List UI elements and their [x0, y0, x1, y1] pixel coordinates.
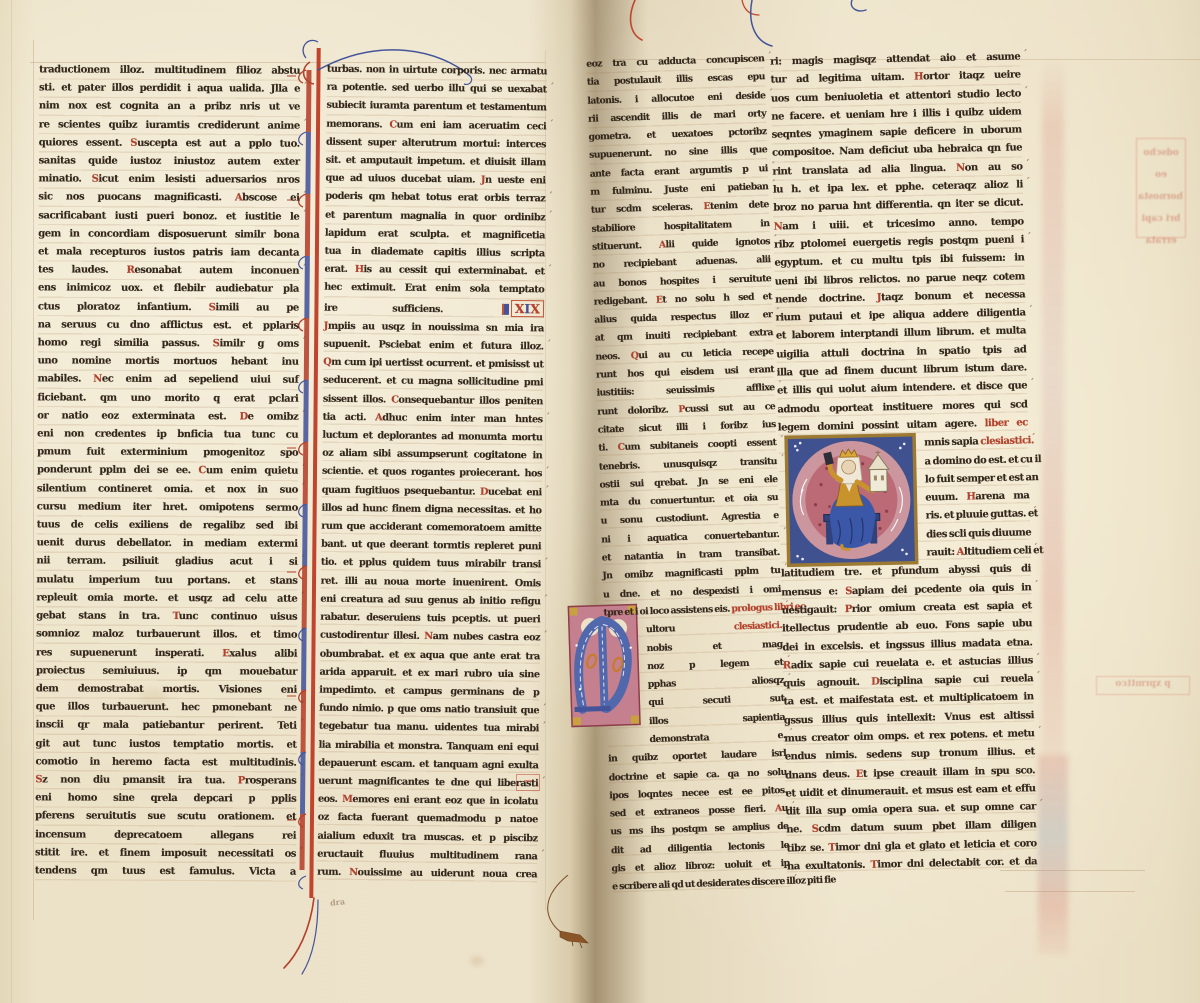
- text-line: res supuenerunt insperati. Exalus alibi: [36, 644, 297, 664]
- text-run: m cum ipi uertisst ocurrent. et pmisisst…: [331, 357, 543, 371]
- text-line: sanitas quide iustoz iniustoz autem exte…: [39, 152, 300, 172]
- text-run: isciplina sapie cui reuela: [879, 673, 1033, 687]
- text-run: lii quide ignotos: [665, 236, 770, 250]
- text-run: e omibz: [248, 411, 299, 422]
- text-run: bscose ei: [242, 193, 299, 204]
- text-run: erat.: [324, 264, 355, 275]
- text-line: ctus ploratoz infantium. Simili au pe: [38, 298, 299, 318]
- text-line: tuus de celis exiliens de regalibz sed i…: [37, 516, 298, 536]
- text-line: cursu medium iter hret. omipotens sermo: [37, 498, 298, 518]
- text-run: N: [424, 631, 432, 642]
- text-run: mpiis au usqz in nouissima sn mia ira: [328, 321, 544, 335]
- text-run: M: [342, 794, 352, 805]
- pen-trial-smudge: dra: [330, 896, 346, 908]
- text-column-4: ri: magis magisqz attendat aio et asumet…: [770, 48, 1037, 876]
- text-run: euum.: [925, 492, 966, 504]
- text-run: z non diu pmansit ira tua.: [42, 774, 238, 786]
- text-run: clesiastici.: [980, 435, 1034, 447]
- text-line: or natio eoz exterminata est. De omibz: [37, 407, 298, 427]
- text-run: res supuenerunt insperati.: [36, 647, 222, 659]
- text-run: esonabat autem inconuen: [134, 265, 299, 277]
- text-line: dem demostrabat mortis. Visiones eni: [36, 680, 297, 700]
- text-line: homo regi similia passus. Similr g oms: [38, 334, 299, 354]
- text-line: sti. et pater illos perdidit i aqua uali…: [39, 80, 300, 100]
- text-line: gebat stans in tra. Tunc continuo uisus: [36, 607, 297, 627]
- text-line: nim nox est cognita an a pribz nris ut v…: [39, 98, 300, 118]
- text-run: imili au pe: [215, 302, 299, 313]
- text-line: stitit ire. et finem imposuit necessitat…: [35, 844, 296, 864]
- text-run: eos.: [318, 794, 342, 805]
- text-run: rum.: [317, 867, 349, 878]
- text-run: xalus alibi: [229, 648, 297, 659]
- text-run: um enim quietu: [206, 466, 298, 477]
- text-run: imor dni delectabit cor. et da: [877, 856, 1037, 870]
- text-run: na exultatonis.: [787, 860, 871, 873]
- text-line: repleuit omia morte. et usqz ad celu att…: [36, 589, 297, 609]
- text-run: rint translata ad alia lingua.: [772, 163, 956, 178]
- text-column-1: traductionem illoz. multitudinem filioz …: [35, 61, 300, 881]
- text-run: um eni iam aceruatim ceci: [397, 119, 547, 132]
- text-run: ltitudiem celi et: [964, 545, 1044, 558]
- text-run: dnans deus.: [785, 769, 856, 781]
- show-through-penwork-strip: [1042, 55, 1064, 755]
- text-run: sed et extraneos posse fieri.: [610, 803, 775, 819]
- text-run: homo regi similia passus.: [38, 337, 213, 349]
- text-run: emores eni erant eoz que in icolatu: [352, 794, 538, 807]
- text-line: bri capi: [1139, 208, 1183, 230]
- text-line: traductionem illoz. multitudinem filioz …: [39, 61, 300, 81]
- text-run: C: [198, 466, 206, 477]
- text-run: que ad uiuos ducebat uiam.: [326, 173, 481, 186]
- text-run: nende doctrine.: [775, 292, 877, 305]
- text-run: mnis sapia: [924, 437, 980, 449]
- text-line: pmum fuit exterminium pmogenitoz spo: [37, 444, 298, 464]
- text-run: A: [235, 193, 242, 204]
- show-through-annotation: p xprmttco: [1096, 676, 1190, 695]
- text-run: gebat stans in tra.: [36, 610, 172, 622]
- text-line: inscii qr mala patiebantur perirent. Tet…: [36, 717, 297, 737]
- text-line: ponderunt pplm dei se ee. Cum enim quiet…: [37, 462, 298, 482]
- text-run: cdm datum suum pbet illam diligen: [818, 820, 1036, 836]
- text-line: ens inimicoz uox. et flebilr audiebatur …: [38, 280, 299, 300]
- text-run: quiores essent.: [39, 137, 131, 148]
- text-line: proiectus semiuiuus. ip qm mouebatur: [36, 662, 297, 682]
- text-run: ne.: [786, 824, 812, 836]
- bottom-gutter-pointer-doodle: [518, 875, 608, 955]
- text-line: sacrificabant iusti pueri bonoz. et iust…: [38, 207, 299, 227]
- text-line: nii terram. psiliuit gladius acut i si: [36, 553, 297, 573]
- text-run: N: [774, 221, 783, 232]
- text-run: taqz bonum et necessa: [881, 289, 1025, 303]
- text-line: re scientes quibz iuramtis crediderunt a…: [39, 116, 300, 136]
- text-run: redigebant.: [594, 295, 657, 308]
- text-run: or natio eoz exterminata est.: [37, 410, 239, 422]
- text-run: ouissime au uiderunt noua crea: [358, 867, 538, 880]
- text-run: X: [530, 300, 544, 317]
- text-run: ctus ploratoz infantium.: [38, 301, 209, 313]
- text-run: stituerunt.: [592, 240, 659, 253]
- manuscript-photo: traductionem illoz. multitudinem filioz …: [0, 0, 1200, 1003]
- text-run: rauit:: [926, 547, 956, 559]
- text-line: eni homo sine qrela depcari p pplis: [35, 789, 296, 809]
- text-line: rum. Nouissime au uiderunt noua crea: [317, 864, 537, 885]
- text-run: unc continuo uisus: [179, 611, 298, 623]
- text-run: quis agnouit.: [783, 677, 871, 690]
- text-run: is au cessit qui exterminabat. et: [363, 264, 544, 277]
- text-line: et mala recepturos iustos patris iam dec…: [38, 243, 299, 263]
- text-run: H: [966, 492, 975, 503]
- text-run: sissent illos.: [323, 393, 391, 405]
- text-run: uestigauit:: [782, 604, 845, 616]
- text-run: memorans.: [326, 118, 389, 130]
- text-line: odscho eo: [1139, 142, 1183, 186]
- text-run: sic nos puocans magnificasti.: [38, 192, 234, 204]
- text-line: eni non credentes ip bnficia tua tunc cu: [37, 425, 298, 445]
- text-line: ire sufficiens. XIX: [324, 297, 544, 320]
- text-line: silentium contineret omia. et nox in suo: [37, 480, 298, 500]
- text-run: ultoru: [646, 622, 734, 636]
- text-run: am i uiii. et tricesimo anno. tempo: [782, 216, 1024, 232]
- text-run: imilr g oms: [219, 338, 298, 349]
- text-run: R: [783, 660, 791, 671]
- text-line: ficiebant. qm uno morito q erat pclari: [37, 389, 298, 409]
- text-run: tenim dete: [710, 200, 769, 213]
- text-line: uenit durus debellator. in mediam exterm…: [37, 535, 298, 555]
- text-run: ponderunt pplm dei se ee.: [37, 465, 198, 477]
- text-run: ortor itaqz ueire: [923, 70, 1021, 83]
- text-run: t no solu h sed et: [662, 291, 772, 305]
- text-run: [502, 303, 509, 314]
- text-run: am nubes castra eoz: [433, 631, 540, 643]
- text-run: minatio.: [39, 174, 92, 185]
- text-run: n ueste eni: [485, 175, 546, 187]
- text-line: mabiles. Nec enim ad sepeliend uiui suf: [37, 371, 298, 391]
- text-line: minatio. Sicut enim lesisti aduersarios …: [38, 171, 299, 191]
- text-run: icut enim lesisti aduersarios nros: [98, 174, 299, 186]
- ruling-vertical-col1: [33, 40, 34, 920]
- text-run: adix sapie cui reuelata e. et astucias i…: [791, 655, 1033, 671]
- text-line: git aut tunc iustos temptatio mortis. et: [36, 735, 297, 755]
- text-run: ti.: [598, 442, 618, 454]
- text-line: que illos turbauerunt. hec pmonebant ne: [36, 698, 297, 718]
- text-run: H: [914, 72, 923, 83]
- text-line: tendens qm tuus est famulus. Victa a: [35, 862, 296, 882]
- text-column-2: turbas. non in uirtute corporis. nec arm…: [317, 61, 547, 885]
- text-line: na exultatonis. Timor dni delectabit cor…: [787, 853, 1037, 877]
- text-run: apiam dei pcedente oia quis in: [852, 582, 1032, 597]
- text-run: tpre et i oi loco assistens eis.: [603, 603, 731, 618]
- text-run: tur ad legitima uitam.: [770, 72, 914, 86]
- text-run: cussi sut au ce: [685, 401, 776, 415]
- text-line: somnioz maloz turbauerunt illos. et timo: [36, 626, 297, 646]
- text-run: mabiles.: [37, 374, 93, 385]
- text-run: tibz se.: [787, 842, 829, 854]
- text-run: tia acti.: [323, 412, 376, 424]
- text-run: legem domini possint uitam agere.: [778, 418, 985, 433]
- ruling-margin-right-2: [1005, 891, 1135, 892]
- text-run: t ipse creauit illam in spu sco.: [863, 765, 1035, 780]
- text-run: quam fugitiuos psequebantur.: [322, 484, 480, 497]
- text-run: um subitaneis coopti essent: [624, 437, 776, 453]
- text-run: uscepta est aut a pplo tuo.: [137, 138, 300, 150]
- text-run: ire sufficiens.: [324, 302, 498, 315]
- text-line: comotio in heremo facta est multitudinis…: [35, 753, 296, 773]
- text-run: custodirentur illesi.: [320, 630, 424, 642]
- text-line: hornosta: [1139, 186, 1183, 208]
- text-line: sic nos puocans magnificasti. Abscose ei: [38, 189, 299, 209]
- text-line: incensum deprecatoem allegans rei: [35, 826, 296, 846]
- text-line: errata: [1139, 230, 1183, 252]
- text-run: ui au cu leticia recepe: [638, 346, 773, 361]
- text-line: pferens seruitutis sue scutu orationem. …: [35, 808, 296, 828]
- text-run: liber ec: [985, 417, 1028, 429]
- text-run: rior omium creata est sapia et: [852, 600, 1032, 615]
- text-line: tes laudes. Resonabat autem inconuen: [38, 262, 299, 282]
- gutter-red-note-box: [516, 774, 540, 791]
- text-line: mulatu imperium tuu portans. et stans: [36, 571, 297, 591]
- text-run: onsequebantur illos peniten: [398, 394, 543, 407]
- text-run: tur scdm sceleras.: [591, 202, 704, 217]
- text-run: clesiastici.: [734, 620, 783, 633]
- text-run: tes laudes.: [38, 265, 126, 276]
- text-line: quiores essent. Suscepta est aut a pplo …: [39, 134, 300, 154]
- show-through-rubric-box: odscho eohornostabri capierrata: [1136, 138, 1186, 238]
- text-line: na seruus cu dno afflictus est. et pplar…: [38, 316, 299, 336]
- text-run: imor dni gla et glato et leticia et coro: [835, 838, 1037, 853]
- text-run: X: [511, 300, 525, 317]
- text-run: runt doloribz.: [597, 404, 678, 418]
- page-edge-line-left: [11, 0, 12, 1003]
- text-run: rosperans: [245, 775, 297, 786]
- text-run: ec enim ad sepeliend uiui suf: [102, 374, 299, 386]
- text-run: arena ma: [975, 490, 1029, 502]
- text-run: on au so: [965, 161, 1023, 173]
- text-line: uno nomine mortis mortuos hebant inu: [38, 353, 299, 373]
- text-run: Q: [323, 357, 331, 368]
- text-run: neos.: [595, 350, 631, 362]
- show-through-penwork-blotch: [1038, 755, 1068, 955]
- text-run: H: [355, 264, 364, 275]
- text-line: Sz non diu pmansit ira tua. Prosperans: [35, 771, 296, 791]
- text-run: mensus e:: [781, 586, 845, 598]
- text-column-3: eoz tra cu adducta concupiscentia postul…: [586, 50, 790, 897]
- text-run: dhuc enim inter man hntes: [382, 412, 543, 425]
- text-run: ucebat eni: [488, 486, 542, 498]
- text-line: gem in concordiam disposuerunt similr bo…: [38, 225, 299, 245]
